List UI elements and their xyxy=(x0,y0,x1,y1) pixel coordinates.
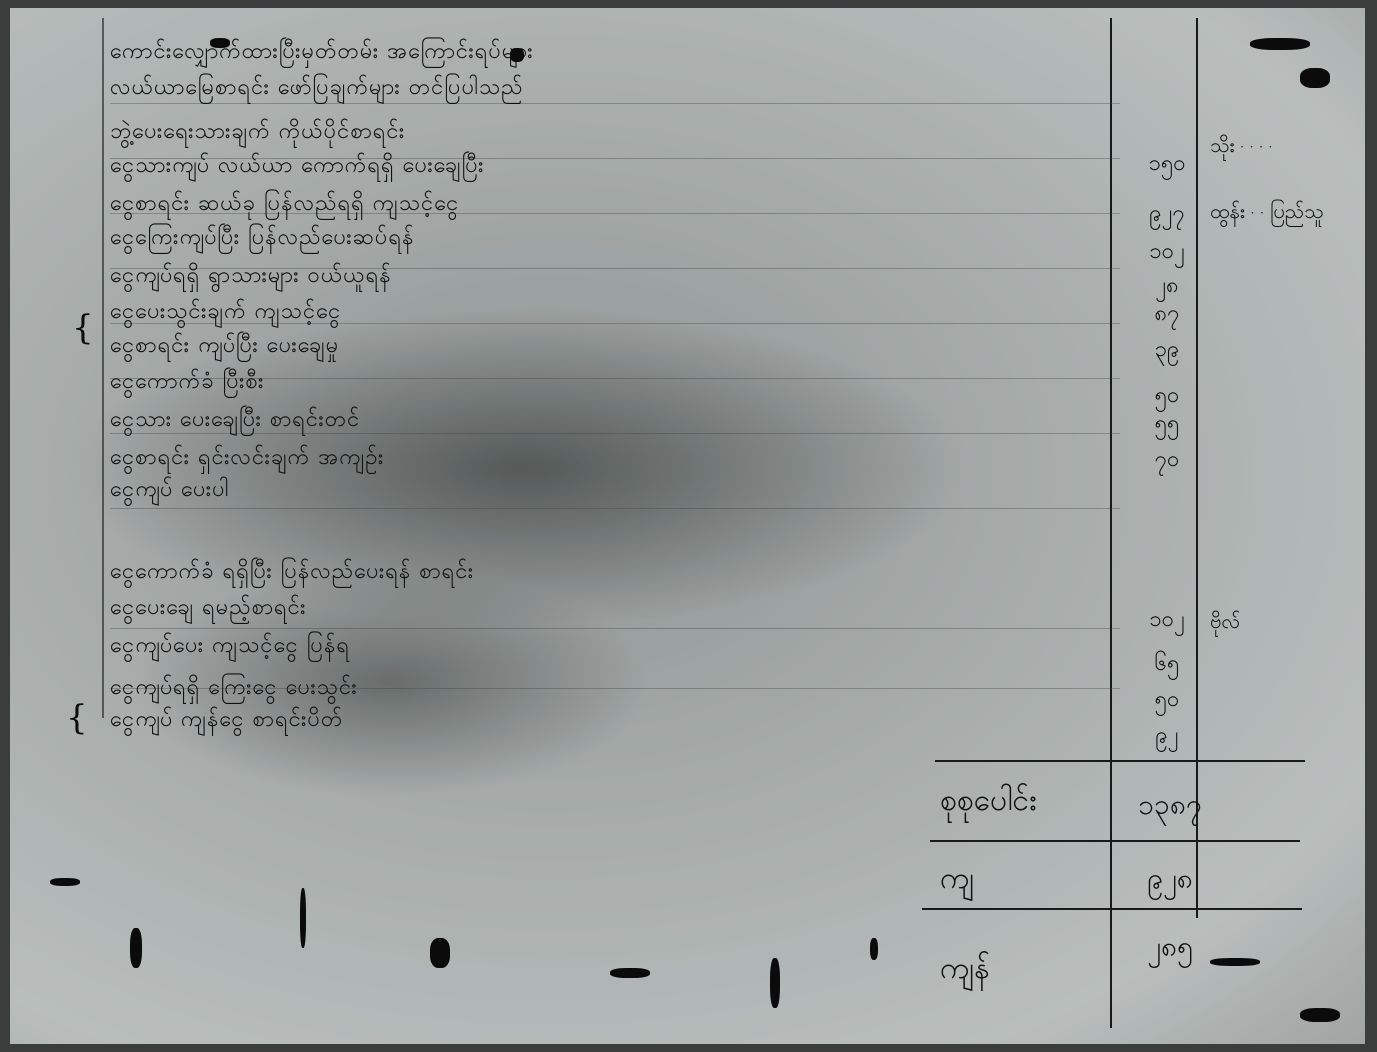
ledger-entry: ငွေကောက်ခံ ပြီးစီး xyxy=(110,366,510,399)
ledger-entry: ငွေကျပ်ရရှိ ရွာသားများ ဝယ်ယူရန် xyxy=(110,260,670,293)
entry-amount: ၅၅ xyxy=(1132,408,1202,441)
bracket-mark: { xyxy=(66,698,88,738)
entry-amount: ၃၉ xyxy=(1132,334,1202,367)
bracket-mark: { xyxy=(72,308,94,348)
entry-amount: ၈၇ xyxy=(1132,298,1202,331)
damage-speck xyxy=(130,928,142,968)
entry-amount: ၁၅၀ xyxy=(1132,148,1202,181)
ledger-entry: ငွေကြေးကျပ်ပြီး ပြန်လည်ပေးဆပ်ရန် xyxy=(110,222,830,255)
ledger-entry: ငွေကျပ် ပေးပါ xyxy=(110,474,310,507)
damage-speck xyxy=(210,38,230,48)
ledger-entry: ငွေစာရင်း ကျပ်ပြီး ပေးချေမှု xyxy=(110,330,790,363)
ledger-entry: ငွေသားကျပ် လယ်ယာ ကောက်ရရှိ ပေးချေပြီး xyxy=(110,150,790,183)
ledger-entry: ငွေစာရင်း ရှင်းလင်းချက် အကျဉ်း xyxy=(110,442,1110,475)
entry-amount: ၁၀၂ xyxy=(1132,604,1202,637)
entry-amount: ၇၀ xyxy=(1132,444,1202,477)
amount-column-rule-left xyxy=(1110,18,1112,1028)
summary-label: ကျန် xyxy=(940,948,990,993)
manuscript-page: ကောင်းလျှောက်ထားပြီးမှတ်တမ်း အကြောင်းရပ်… xyxy=(10,8,1365,1044)
summary-rule xyxy=(930,840,1300,842)
ledger-entry: ငွေကျပ် ကျန်ငွေ စာရင်းပိတ် xyxy=(110,704,670,737)
summary-label: စုစုပေါင်း xyxy=(940,780,1037,825)
damage-speck xyxy=(1300,68,1330,88)
ledger-entry: ငွေသား ပေးချေပြီး စာရင်းတင် xyxy=(110,404,890,437)
entry-amount: ၅၀ xyxy=(1132,684,1202,717)
damage-speck xyxy=(430,938,450,968)
ruled-line xyxy=(110,628,1120,629)
margin-note: သိုး ‧ ‧ ‧ ‧ xyxy=(1210,132,1272,162)
summary-value: ၉၂၈ xyxy=(1130,860,1210,902)
ruled-line xyxy=(110,508,1120,509)
damage-speck xyxy=(1250,38,1310,50)
entry-amount: ၉၂ xyxy=(1132,720,1202,753)
damage-speck xyxy=(1210,958,1260,966)
ledger-entry: ငွေပေးချေ ရမည့်စာရင်း xyxy=(110,592,370,625)
damage-speck xyxy=(300,888,306,948)
summary-rule xyxy=(922,908,1302,910)
header-line: ကောင်းလျှောက်ထားပြီးမှတ်တမ်း အကြောင်းရပ်… xyxy=(110,36,1110,69)
entry-amount: ၁၀၂ xyxy=(1132,236,1202,269)
damage-speck xyxy=(770,958,780,1008)
summary-value: ၁၃၈၇ xyxy=(1130,786,1210,828)
damage-speck xyxy=(1300,1008,1340,1022)
ledger-entry: ငွေပေးသွင်းချက် ကျသင့်ငွေ xyxy=(110,296,630,329)
margin-note: ဗိုလ် xyxy=(1210,608,1240,638)
damage-speck xyxy=(510,48,524,62)
summary-value: ၂၈၅ xyxy=(1130,928,1210,970)
margin-note: ထွန်း ‧ ‧ ပြည်သူ xyxy=(1210,198,1324,228)
header-line: ဘွဲ့ပေးရေးသားချက် ကိုယ်ပိုင်စာရင်း xyxy=(110,116,710,149)
left-margin-rule xyxy=(102,18,104,718)
header-line: လယ်ယာမြေစာရင်း ဖော်ပြချက်များ တင်ပြပါသည် xyxy=(110,72,1110,105)
ledger-entry: ငွေကျပ်ရရှိ ကြေးငွေ ပေးသွင်း xyxy=(110,672,890,705)
summary-rule xyxy=(935,760,1305,762)
summary-label: ကျ xyxy=(940,858,974,903)
damage-speck xyxy=(870,938,878,960)
entry-amount: ၆၅ xyxy=(1132,648,1202,681)
ledger-entry: ငွေကျပ်ပေး ကျသင့်ငွေ ပြန်ရ xyxy=(110,630,810,663)
entry-amount: ၉၂၇ xyxy=(1132,198,1202,231)
damage-speck xyxy=(50,878,80,886)
ledger-entry: ငွေစာရင်း ဆယ်ခု ပြန်လည်ရရှိ ကျသင့်ငွေ xyxy=(110,188,1100,221)
ledger-entry: ငွေကောက်ခံ ရရှိပြီး ပြန်လည်ပေးရန် စာရင်း xyxy=(110,556,1110,589)
damage-speck xyxy=(610,968,650,978)
